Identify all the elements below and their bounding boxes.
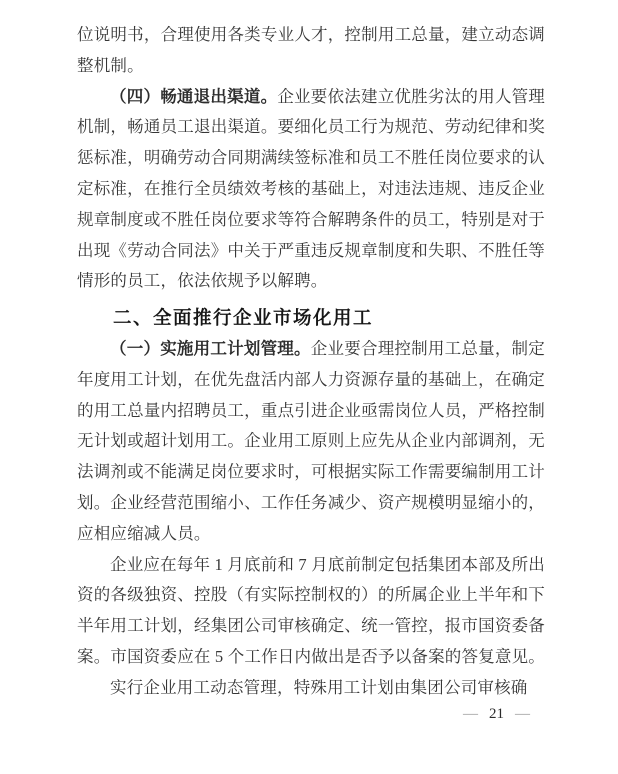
paragraph-lead: （四）畅通退出渠道。 [110, 87, 277, 106]
paragraph: 企业应在每年 1 月底前和 7 月底前制定包括集团本部及所出资的各级独资、控股（… [77, 550, 545, 673]
footer-dash-right: — [515, 706, 530, 722]
document-body: 位说明书，合理使用各类专业人才，控制用工总量，建立动态调整机制。（四）畅通退出渠… [77, 20, 545, 704]
page-footer: —21— [463, 704, 530, 724]
footer-dash-left: — [463, 706, 478, 722]
paragraph: 实行企业用工动态管理，特殊用工计划由集团公司审核确 [77, 673, 545, 704]
paragraph-lead: （一）实施用工计划管理。 [110, 339, 311, 358]
section-heading: 二、全面推行企业市场化用工 [77, 303, 545, 334]
paragraph: （四）畅通退出渠道。企业要依法建立优胜劣汰的用人管理机制，畅通员工退出渠道。要细… [77, 82, 545, 298]
scanned-document-page: 位说明书，合理使用各类专业人才，控制用工总量，建立动态调整机制。（四）畅通退出渠… [0, 0, 618, 774]
paragraph: 位说明书，合理使用各类专业人才，控制用工总量，建立动态调整机制。 [77, 20, 545, 82]
page-number: 21 [489, 706, 504, 722]
paragraph: （一）实施用工计划管理。企业要合理控制用工总量，制定年度用工计划，在优先盘活内部… [77, 334, 545, 550]
